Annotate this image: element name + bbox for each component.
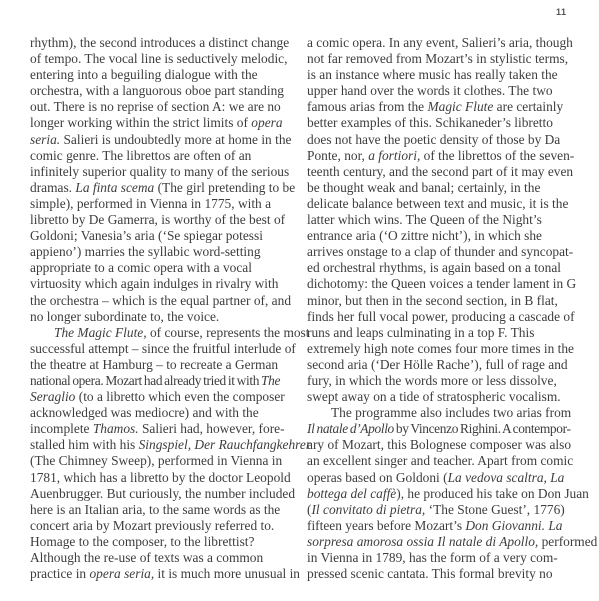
text-line: The Magic Flute, of course, represents t… <box>30 325 298 341</box>
text-run: does not have the poetic density of thos… <box>307 132 560 147</box>
text-line: Homage to the composer, to the librettis… <box>30 534 298 550</box>
text-run: national opera. Mozart had already tried… <box>30 373 261 388</box>
text-line: entrance aria (‘O zittre nicht’), in whi… <box>307 228 577 244</box>
right-text-column: a comic opera. In any event, Salieri’s a… <box>307 35 577 582</box>
text-run: Salieri is undoubtedly more at home in t… <box>60 132 291 147</box>
text-line: Auenbrugger. But curiously, the number i… <box>30 486 298 502</box>
text-line: of tempo. The vocal line is seductively … <box>30 51 298 67</box>
text-run: teenth century, and the second part of i… <box>307 164 573 179</box>
text-line: finds her full vocal power, producing a … <box>307 309 577 325</box>
text-run: The programme also includes two arias fr… <box>331 405 571 420</box>
text-run: swept away on a tide of stratospheric vo… <box>307 389 561 404</box>
text-line: extremely high note comes four more time… <box>307 341 577 357</box>
text-line: pressed scenic cantata. This formal brev… <box>307 566 577 582</box>
text-line: no longer subordinate to, the voice. <box>30 309 298 325</box>
text-run: libretto by De Gamerra, is worthy of the… <box>30 212 285 227</box>
text-line: successful attempt – since the fruitful … <box>30 341 298 357</box>
text-line: does not have the poetic density of thos… <box>307 132 577 148</box>
text-run: in Vienna in 1789, has the form of a ver… <box>307 550 558 565</box>
text-line: libretto by De Gamerra, is worthy of the… <box>30 212 298 228</box>
text-line: Il natale d’Apollo by Vincenzo Righini. … <box>307 421 577 437</box>
text-run: dichotomy: the Queen voices a tender lam… <box>307 276 576 291</box>
text-line: Goldoni; Vanesia’s aria (‘Se spiegar pot… <box>30 228 298 244</box>
text-line: (Il convitato di pietra, ‘The Stone Gues… <box>307 502 577 518</box>
text-line: practice in opera seria, it is much more… <box>30 566 298 582</box>
text-line: infinitely superior quality to many of t… <box>30 164 298 180</box>
text-line: latter which wins. The Queen of the Nigh… <box>307 212 577 228</box>
text-line: in Vienna in 1789, has the form of a ver… <box>307 550 577 566</box>
text-line: entering into a beguiling dialogue with … <box>30 67 298 83</box>
text-line: teenth century, and the second part of i… <box>307 164 577 180</box>
italic-title: Magic Flute <box>427 99 493 114</box>
italic-title: La finta scema <box>75 180 154 195</box>
text-run: appropriate to a comic opera with a voca… <box>30 260 252 275</box>
text-run: ed orchestral rhythms, is again based on… <box>307 260 561 275</box>
text-line: appieno’) marries the syllabic word-sett… <box>30 244 298 260</box>
text-run: Homage to the composer, to the librettis… <box>30 534 254 549</box>
page-number: 11 <box>556 7 567 17</box>
text-run: the theatre at Hamburg – to recreate a G… <box>30 357 278 372</box>
text-run: here is an Italian aria, to the same wor… <box>30 502 280 517</box>
text-line: a comic opera. In any event, Salieri’s a… <box>307 35 577 51</box>
text-run: finds her full vocal power, producing a … <box>307 309 575 324</box>
text-run: appieno’) marries the syllabic word-sett… <box>30 244 261 259</box>
text-run: runs and leaps culminating in a top F. T… <box>307 325 534 340</box>
text-line: the orchestra – which is the equal partn… <box>30 293 298 309</box>
text-line: second aria (‘Der Hölle Rache’), full of… <box>307 357 577 373</box>
text-run: arrives onstage to a clap of thunder and… <box>307 244 573 259</box>
text-line: seria. Salieri is undoubtedly more at ho… <box>30 132 298 148</box>
text-line: swept away on a tide of stratospheric vo… <box>307 389 577 405</box>
text-run: ary of Mozart, this Bolognese composer w… <box>307 437 571 452</box>
text-line: stalled him with his Singspiel, Der Rauc… <box>30 437 298 453</box>
text-run: it is much more unusual in <box>154 566 300 581</box>
italic-title: opera <box>251 115 282 130</box>
text-line: 1781, which has a libretto by the doctor… <box>30 470 298 486</box>
text-run: practice in <box>30 566 89 581</box>
text-run: stalled him with his <box>30 437 139 452</box>
text-run: a comic opera. In any event, Salieri’s a… <box>307 35 573 50</box>
text-run: of course, represents the most <box>147 325 310 340</box>
text-run: 1781, which has a libretto by the doctor… <box>30 470 291 485</box>
text-run: delicate balance between text and music,… <box>307 196 568 211</box>
text-line: operas based on Goldoni (La vedova scalt… <box>307 470 577 486</box>
text-run: of the librettos of the seven- <box>420 148 574 163</box>
text-line: longer working within the strict limits … <box>30 115 298 131</box>
text-line: not far removed from Mozart’s in stylist… <box>307 51 577 67</box>
text-line: rhythm), the second introduces a distinc… <box>30 35 298 51</box>
text-line: bottega del caffè), he produced his take… <box>307 486 577 502</box>
text-line: arrives onstage to a clap of thunder and… <box>307 244 577 260</box>
text-line: the theatre at Hamburg – to recreate a G… <box>30 357 298 373</box>
italic-title: Il natale d’Apollo <box>307 421 394 436</box>
text-run: entrance aria (‘O zittre nicht’), in whi… <box>307 228 542 243</box>
text-run: Auenbrugger. But curiously, the number i… <box>30 486 295 501</box>
text-run: upper hand over the words it clothes. Th… <box>307 83 553 98</box>
text-run: successful attempt – since the fruitful … <box>30 341 296 356</box>
text-line: fifteen years before Mozart’s Don Giovan… <box>307 518 577 534</box>
text-line: (The Chimney Sweep), performed in Vienna… <box>30 453 298 469</box>
text-run: minor, but then in the second section, i… <box>307 293 558 308</box>
text-line: out. There is no reprise of section A: w… <box>30 99 298 115</box>
text-line: better examples of this. Schikaneder’s l… <box>307 115 577 131</box>
text-run: are certainly <box>493 99 563 114</box>
text-run: operas based on Goldoni ( <box>307 470 448 485</box>
text-line: incomplete Thamos. Salieri had, however,… <box>30 421 298 437</box>
text-run: longer working within the strict limits … <box>30 115 251 130</box>
text-run: by Vincenzo Righini. A contempor- <box>394 421 571 436</box>
text-run: Salieri had, however, fore- <box>139 421 285 436</box>
text-line: dichotomy: the Queen voices a tender lam… <box>307 276 577 292</box>
italic-title: Il convitato di pietra, <box>311 502 425 517</box>
text-run: an excellent singer and teacher. Apart f… <box>307 453 573 468</box>
text-line: be thought weak and banal; certainly, in… <box>307 180 577 196</box>
text-line: sorpresa amorosa ossia Il natale di Apol… <box>307 534 577 550</box>
text-line: ary of Mozart, this Bolognese composer w… <box>307 437 577 453</box>
text-run: Ponte, nor, <box>307 148 368 163</box>
text-line: comic genre. The librettos are often of … <box>30 148 298 164</box>
text-line: The programme also includes two arias fr… <box>307 405 577 421</box>
text-line: dramas. La finta scema (The girl pretend… <box>30 180 298 196</box>
text-run: (The Chimney Sweep), performed in Vienna… <box>30 453 282 468</box>
text-line: acknowledged was mediocre) and with the <box>30 405 298 421</box>
italic-title: La vedova scaltra, La <box>448 470 565 485</box>
text-run: (The girl pretending to be <box>154 180 295 195</box>
text-line: Seraglio (to a libretto which even the c… <box>30 389 298 405</box>
text-run: Goldoni; Vanesia’s aria (‘Se spiegar pot… <box>30 228 263 243</box>
text-run: entering into a beguiling dialogue with … <box>30 67 258 82</box>
text-run: performed <box>538 534 597 549</box>
text-run: is an instance where music has really ta… <box>307 67 558 82</box>
italic-title: seria. <box>30 132 60 147</box>
text-run: be thought weak and banal; certainly, in… <box>307 180 540 195</box>
italic-title: Seraglio <box>30 389 75 404</box>
text-run: acknowledged was mediocre) and with the <box>30 405 259 420</box>
text-run: not far removed from Mozart’s in stylist… <box>307 51 568 66</box>
text-run: the orchestra – which is the equal partn… <box>30 293 291 308</box>
italic-title: Thamos. <box>93 421 139 436</box>
italic-title: The Magic Flute, <box>54 325 147 340</box>
text-run: (to a libretto which even the composer <box>75 389 284 404</box>
text-run: pressed scenic cantata. This formal brev… <box>307 566 553 581</box>
left-text-column: rhythm), the second introduces a distinc… <box>30 35 298 582</box>
text-run: out. There is no reprise of section A: w… <box>30 99 281 114</box>
italic-title: The <box>261 373 280 388</box>
text-line: simple), performed in Vienna in 1775, wi… <box>30 196 298 212</box>
text-run: extremely high note comes four more time… <box>307 341 574 356</box>
text-run: orchestra, with a languorous oboe part s… <box>30 83 284 98</box>
text-run: ), he produced his take on Don Juan <box>396 486 589 501</box>
text-line: virtuosity which again indulges in rival… <box>30 276 298 292</box>
italic-title: sorpresa amorosa ossia Il natale di Apol… <box>307 534 538 549</box>
text-line: national opera. Mozart had already tried… <box>30 373 298 389</box>
text-run: virtuosity which again indulges in rival… <box>30 276 278 291</box>
text-run: second aria (‘Der Hölle Rache’), full of… <box>307 357 568 372</box>
text-run: ‘The Stone Guest’, 1776) <box>425 502 564 517</box>
text-line: fury, in which the words more or less di… <box>307 373 577 389</box>
text-line: appropriate to a comic opera with a voca… <box>30 260 298 276</box>
text-run: dramas. <box>30 180 75 195</box>
text-line: runs and leaps culminating in a top F. T… <box>307 325 577 341</box>
text-run: comic genre. The librettos are often of … <box>30 148 251 163</box>
text-run: better examples of this. Schikaneder’s l… <box>307 115 553 130</box>
text-run: fifteen years before Mozart’s <box>307 518 465 533</box>
italic-title: bottega del caffè <box>307 486 396 501</box>
text-line: Ponte, nor, a fortiori, of the librettos… <box>307 148 577 164</box>
text-run: simple), performed in Vienna in 1775, wi… <box>30 196 271 211</box>
text-line: an excellent singer and teacher. Apart f… <box>307 453 577 469</box>
text-line: minor, but then in the second section, i… <box>307 293 577 309</box>
text-line: is an instance where music has really ta… <box>307 67 577 83</box>
italic-title: a fortiori, <box>368 148 420 163</box>
text-run: of tempo. The vocal line is seductively … <box>30 51 287 66</box>
text-run: concert aria by Mozart previously referr… <box>30 518 274 533</box>
italic-title: Singspiel, Der Rauchfangkehrer <box>139 437 311 452</box>
text-run: incomplete <box>30 421 93 436</box>
text-line: orchestra, with a languorous oboe part s… <box>30 83 298 99</box>
text-run: famous arias from the <box>307 99 427 114</box>
text-line: concert aria by Mozart previously referr… <box>30 518 298 534</box>
text-line: ed orchestral rhythms, is again based on… <box>307 260 577 276</box>
text-line: here is an Italian aria, to the same wor… <box>30 502 298 518</box>
text-run: Although the re-use of texts was a commo… <box>30 550 263 565</box>
text-run: fury, in which the words more or less di… <box>307 373 557 388</box>
italic-title: opera seria, <box>89 566 154 581</box>
text-run: no longer subordinate to, the voice. <box>30 309 219 324</box>
text-line: famous arias from the Magic Flute are ce… <box>307 99 577 115</box>
text-run: infinitely superior quality to many of t… <box>30 164 289 179</box>
text-run: latter which wins. The Queen of the Nigh… <box>307 212 542 227</box>
italic-title: Don Giovanni. La <box>465 518 562 533</box>
text-line: delicate balance between text and music,… <box>307 196 577 212</box>
text-run: rhythm), the second introduces a distinc… <box>30 35 289 50</box>
text-line: Although the re-use of texts was a commo… <box>30 550 298 566</box>
text-line: upper hand over the words it clothes. Th… <box>307 83 577 99</box>
